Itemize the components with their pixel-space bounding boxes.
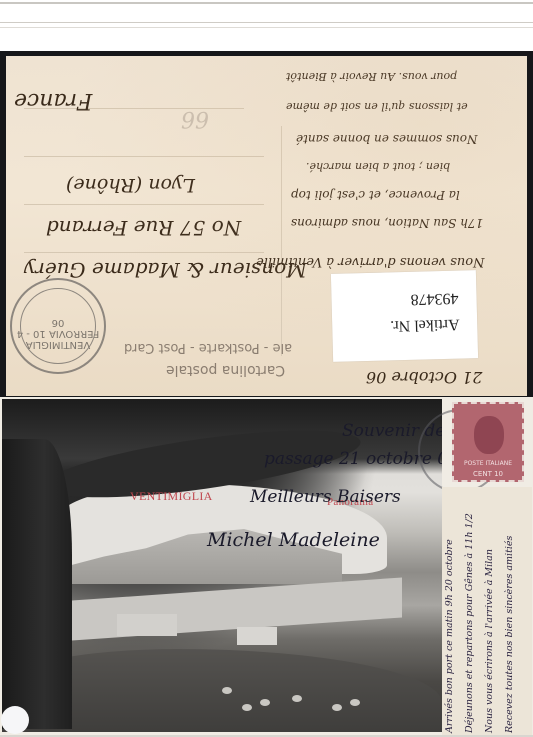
recipient-country: France [14, 88, 92, 113]
article-number: 493478 [410, 289, 458, 308]
side-message-line: Déjeunons et repartons pour Gênes à 11h … [464, 513, 475, 733]
message-line: 17h Sau Nation, nous admirons [291, 216, 483, 230]
postcard-front-image: VENTIMIGLIA Panorama Souvenir de passage… [0, 397, 533, 737]
houses [237, 627, 277, 645]
divider [0, 22, 533, 23]
side-message-line: Arrivés bon port ce matin 9h 20 octobre [444, 539, 455, 733]
side-message-area: Arrivés bon port ce matin 9h 20 octobre … [442, 487, 532, 735]
address-rule [24, 156, 264, 157]
page-top-border [0, 0, 533, 52]
message-line: pour vous. Au Revoir à Bientôt [286, 70, 457, 83]
handwriting-signature: Michel Madeleine [207, 529, 380, 551]
article-label: Artikel Nr. 493478 [331, 270, 478, 362]
stone [242, 704, 252, 711]
side-message-line: Recevez toutes nos bien sincères amitiés [504, 536, 515, 733]
stone [332, 704, 342, 711]
printed-header-cartolina: Cartolina postale [166, 362, 285, 378]
stone [292, 695, 302, 702]
postmark-inner-ring [20, 288, 96, 364]
address-divider [281, 126, 282, 356]
caption-town: VENTIMIGLIA [130, 489, 213, 504]
postmark: VENTIMIGLIA FERROVIA 10 - 4 06 [10, 278, 106, 374]
stone [350, 699, 360, 706]
panorama-photo: VENTIMIGLIA Panorama Souvenir de passage… [2, 399, 442, 732]
address-rule [24, 204, 264, 205]
message-line: la Provence, et c'est joli top [291, 188, 460, 202]
postmark-text: VENTIMIGLIA FERROVIA 10 - 4 06 [12, 317, 104, 350]
tree-trunk [2, 439, 72, 729]
divider [0, 2, 533, 4]
divider [0, 27, 533, 28]
stamp-value: CENT 10 [454, 470, 522, 478]
message-line: Nous venons d'arriver à Ventimille [256, 254, 484, 269]
recipient-street: No 57 Rue Ferrand [46, 216, 241, 240]
stone [222, 687, 232, 694]
stamp-top-text: POSTE ITALIANE [454, 460, 522, 467]
message-date: 21 Octobre 06 [366, 368, 482, 387]
side-message-line: Nous vous écrirons à l'arrivée à Milan [484, 549, 495, 733]
message-line: bien ; tout a bien marché. [306, 160, 450, 173]
pencil-mark: 66 [181, 106, 209, 131]
printed-header-multilingual: ale - Postkarte - Post Card [124, 340, 292, 355]
postage-stamp: POSTE ITALIANE CENT 10 [452, 402, 524, 482]
handwriting-greeting: Meilleurs Baisers [250, 487, 401, 507]
address-rule [24, 108, 244, 109]
houses [117, 614, 177, 636]
recipient-name: Monsieur & Madame Guéry [24, 258, 307, 282]
article-label-title: Artikel Nr. [390, 315, 460, 335]
message-line: et laissons qu'il en soit de même [286, 100, 468, 113]
handwriting-passage: passage 21 octobre 06 [264, 449, 442, 469]
stone [260, 699, 270, 706]
recipient-city: Lyon (Rhône) [66, 174, 195, 196]
message-line: Nous sommes en bonne santé [296, 132, 478, 146]
address-rule [24, 252, 264, 253]
corner-dot [1, 706, 29, 734]
stamp-portrait [474, 416, 504, 454]
